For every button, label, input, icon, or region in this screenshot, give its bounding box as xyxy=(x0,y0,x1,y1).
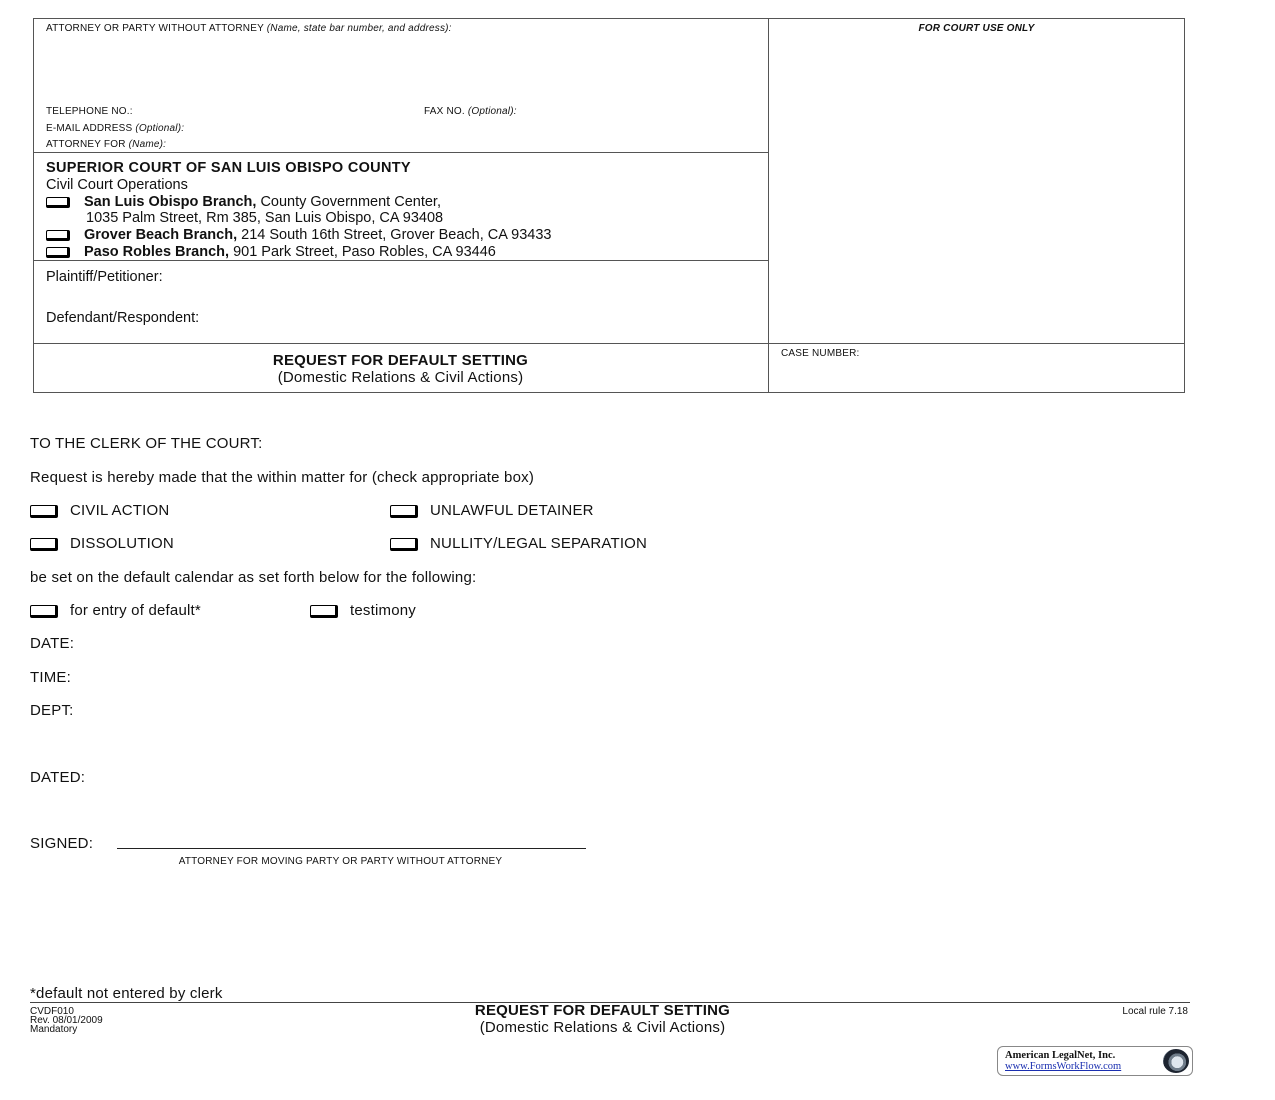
defendant-field[interactable]: Defendant/Respondent: xyxy=(46,310,199,326)
request-text: Request is hereby made that the within m… xyxy=(30,469,534,486)
option-label: CIVIL ACTION xyxy=(70,502,169,519)
option-dissolution[interactable]: DISSOLUTION xyxy=(30,535,174,552)
caption-divider-title xyxy=(33,343,1185,344)
checkbox-nullity-legal-separation[interactable] xyxy=(390,538,418,551)
defendant-label: Defendant/Respondent: xyxy=(46,310,199,326)
telephone-field[interactable]: TELEPHONE NO.: xyxy=(46,106,133,117)
calendar-text: be set on the default calendar as set fo… xyxy=(30,569,476,586)
checkbox-unlawful-detainer[interactable] xyxy=(390,505,418,518)
time-field[interactable]: TIME: xyxy=(30,669,71,686)
fax-hint: (Optional): xyxy=(468,106,517,117)
date-label: DATE: xyxy=(30,635,74,652)
signature-caption: ATTORNEY FOR MOVING PARTY OR PARTY WITHO… xyxy=(117,856,564,867)
branch-address: 214 South 16th Street, Grover Beach, CA … xyxy=(237,227,551,243)
option-label: DISSOLUTION xyxy=(70,535,174,552)
time-label: TIME: xyxy=(30,669,71,686)
logo-url-link[interactable]: www.FormsWorkFlow.com xyxy=(1005,1061,1121,1072)
salutation: TO THE CLERK OF THE COURT: xyxy=(30,435,262,452)
checkbox-civil-action[interactable] xyxy=(30,505,58,518)
email-hint: (Optional): xyxy=(135,123,184,134)
fax-label: FAX NO. xyxy=(424,106,465,117)
branch-address: County Government Center, xyxy=(256,194,441,210)
attorney-label: ATTORNEY OR PARTY WITHOUT ATTORNEY xyxy=(46,23,264,34)
telephone-label: TELEPHONE NO.: xyxy=(46,106,133,117)
checkbox-san-luis-obispo[interactable] xyxy=(46,197,70,208)
email-field[interactable]: E-MAIL ADDRESS (Optional): xyxy=(46,123,184,134)
checkbox-testimony[interactable] xyxy=(310,605,338,618)
option-label: NULLITY/LEGAL SEPARATION xyxy=(430,535,647,552)
court-division: Civil Court Operations xyxy=(46,177,188,193)
branch-paso-robles: Paso Robles Branch, 901 Park Street, Pas… xyxy=(46,244,496,260)
caption-divider-vertical xyxy=(768,18,769,393)
american-legalnet-logo[interactable]: American LegalNet, Inc. www.FormsWorkFlo… xyxy=(997,1046,1193,1076)
caption-divider-attorney xyxy=(33,152,768,153)
option-label: testimony xyxy=(350,602,416,619)
option-testimony[interactable]: testimony xyxy=(310,602,416,619)
attorney-for-field[interactable]: ATTORNEY FOR (Name): xyxy=(46,139,166,150)
option-nullity-legal-separation[interactable]: NULLITY/LEGAL SEPARATION xyxy=(390,535,647,552)
caption-divider-court xyxy=(33,260,768,261)
dept-field[interactable]: DEPT: xyxy=(30,702,74,719)
plaintiff-field[interactable]: Plaintiff/Petitioner: xyxy=(46,269,163,285)
attorney-for-hint: (Name): xyxy=(129,139,167,150)
option-label: UNLAWFUL DETAINER xyxy=(430,502,594,519)
footnote: *default not entered by clerk xyxy=(30,985,223,1002)
form-subtitle: (Domestic Relations & Civil Actions) xyxy=(33,369,768,386)
globe-icon xyxy=(1163,1049,1189,1073)
fax-field[interactable]: FAX NO. (Optional): xyxy=(424,106,517,117)
email-label: E-MAIL ADDRESS xyxy=(46,123,132,134)
branch-grover-beach: Grover Beach Branch, 214 South 16th Stre… xyxy=(46,227,552,243)
checkbox-dissolution[interactable] xyxy=(30,538,58,551)
footer-title: REQUEST FOR DEFAULT SETTING xyxy=(420,1002,785,1019)
dated-field[interactable]: DATED: xyxy=(30,769,85,786)
checkbox-paso-robles[interactable] xyxy=(46,247,70,258)
form-title: REQUEST FOR DEFAULT SETTING xyxy=(33,352,768,369)
option-civil-action[interactable]: CIVIL ACTION xyxy=(30,502,169,519)
branch-address: 901 Park Street, Paso Robles, CA 93446 xyxy=(229,244,496,260)
signature-line[interactable] xyxy=(117,848,586,849)
option-entry-of-default[interactable]: for entry of default* xyxy=(30,602,201,619)
option-unlawful-detainer[interactable]: UNLAWFUL DETAINER xyxy=(390,502,594,519)
attorney-field[interactable]: ATTORNEY OR PARTY WITHOUT ATTORNEY (Name… xyxy=(46,23,452,34)
checkbox-grover-beach[interactable] xyxy=(46,230,70,241)
branch-name: Paso Robles Branch, xyxy=(84,244,229,260)
plaintiff-label: Plaintiff/Petitioner: xyxy=(46,269,163,285)
court-use-only-label: FOR COURT USE ONLY xyxy=(768,23,1185,34)
logo-company-name: American LegalNet, Inc. xyxy=(1005,1050,1115,1061)
form-status: Mandatory xyxy=(30,1025,77,1034)
branch-name: San Luis Obispo Branch, xyxy=(84,194,256,210)
branch-san-luis-obispo: San Luis Obispo Branch, County Governmen… xyxy=(46,194,441,210)
checkbox-entry-of-default[interactable] xyxy=(30,605,58,618)
attorney-hint: (Name, state bar number, and address): xyxy=(267,23,452,34)
court-name: SUPERIOR COURT OF SAN LUIS OBISPO COUNTY xyxy=(46,160,411,176)
branch-san-luis-obispo-address-line2: 1035 Palm Street, Rm 385, San Luis Obisp… xyxy=(86,210,443,226)
case-number-label: CASE NUMBER: xyxy=(781,348,860,359)
signed-label: SIGNED: xyxy=(30,835,93,852)
date-field[interactable]: DATE: xyxy=(30,635,74,652)
option-label: for entry of default* xyxy=(70,602,201,619)
case-number-field[interactable]: CASE NUMBER: xyxy=(781,348,860,359)
attorney-for-label: ATTORNEY FOR xyxy=(46,139,126,150)
dept-label: DEPT: xyxy=(30,702,74,719)
branch-name: Grover Beach Branch, xyxy=(84,227,237,243)
local-rule: Local rule 7.18 xyxy=(1090,1006,1188,1017)
dated-label: DATED: xyxy=(30,769,85,786)
footer-subtitle: (Domestic Relations & Civil Actions) xyxy=(420,1019,785,1036)
